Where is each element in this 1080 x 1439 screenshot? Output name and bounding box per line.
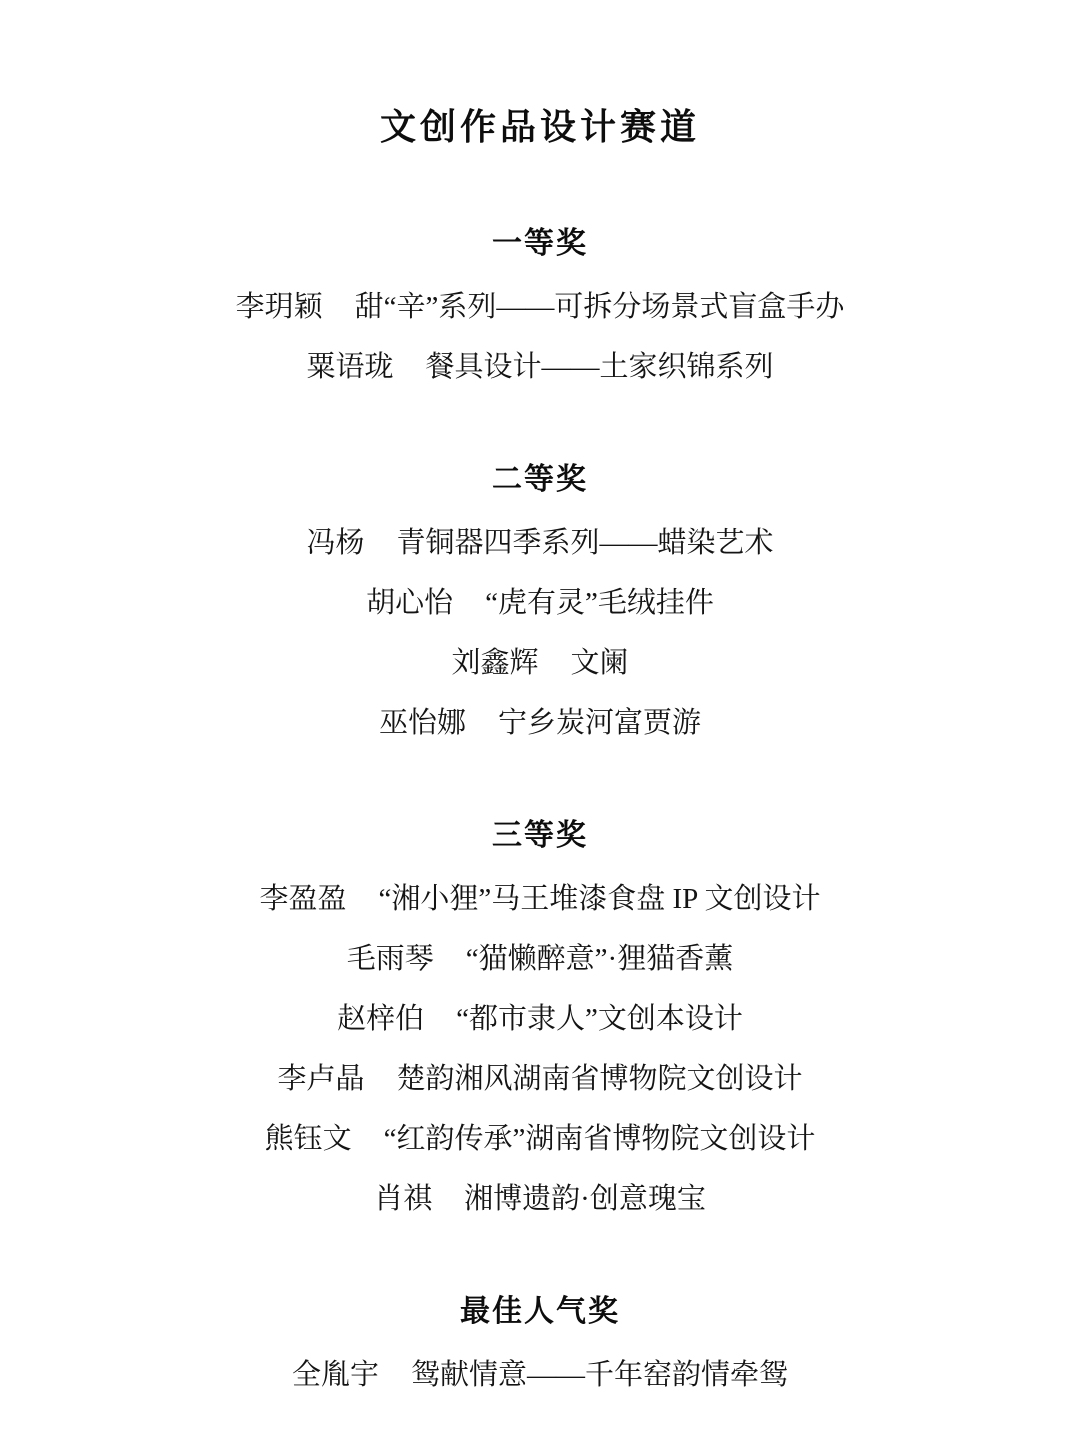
entry-work: 文阑	[571, 640, 629, 681]
award-entry: 胡心怡 “虎有灵”毛绒挂件	[0, 570, 1080, 630]
entry-name: 冯杨	[306, 520, 364, 561]
award-entry: 毛雨琴 “猫懒醉意”·狸猫香薰	[0, 926, 1080, 986]
entry-name: 李卢晶	[277, 1056, 364, 1097]
section-heading: 三等奖	[0, 806, 1080, 866]
award-entry: 李卢晶 楚韵湘风湖南省博物院文创设计	[0, 1046, 1080, 1106]
section-third-prize: 三等奖 李盈盈 “湘小狸”马王堆漆食盘 IP 文创设计 毛雨琴 “猫懒醉意”·狸…	[0, 806, 1080, 1226]
entry-work: “红韵传承”湖南省博物院文创设计	[384, 1116, 816, 1157]
entry-name: 刘鑫辉	[451, 640, 538, 681]
entry-work: “都市隶人”文创本设计	[456, 996, 743, 1037]
section-popularity-prize: 最佳人气奖 全胤宇 鸳献情意——千年窑韵情牵鸳	[0, 1282, 1080, 1402]
entry-name: 巫怡娜	[379, 700, 466, 741]
entry-work: “猫懒醉意”·狸猫香薰	[466, 936, 733, 977]
document-page: 文创作品设计赛道 一等奖 李玥颖 甜“辛”系列——可拆分场景式盲盒手办 粟语珑 …	[0, 0, 1080, 1439]
entry-work: 宁乡炭河富贾游	[498, 700, 701, 741]
section-heading: 一等奖	[0, 214, 1080, 274]
entry-work: “虎有灵”毛绒挂件	[485, 580, 714, 621]
section-second-prize: 二等奖 冯杨 青铜器四季系列——蜡染艺术 胡心怡 “虎有灵”毛绒挂件 刘鑫辉 文…	[0, 450, 1080, 750]
award-entry: 李玥颖 甜“辛”系列——可拆分场景式盲盒手办	[0, 274, 1080, 334]
entry-work: 青铜器四季系列——蜡染艺术	[397, 520, 774, 561]
award-entry: 巫怡娜 宁乡炭河富贾游	[0, 690, 1080, 750]
entry-name: 李盈盈	[260, 876, 347, 917]
award-entry: 全胤宇 鸳献情意——千年窑韵情牵鸳	[0, 1342, 1080, 1402]
entry-name: 粟语珑	[306, 344, 393, 385]
entry-work: “湘小狸”马王堆漆食盘 IP 文创设计	[379, 876, 821, 917]
entry-work: 湘博遗韵·创意瑰宝	[464, 1176, 706, 1217]
section-first-prize: 一等奖 李玥颖 甜“辛”系列——可拆分场景式盲盒手办 粟语珑 餐具设计——土家织…	[0, 214, 1080, 394]
entry-work: 甜“辛”系列——可拆分场景式盲盒手办	[355, 284, 845, 325]
entry-work: 餐具设计——土家织锦系列	[426, 344, 774, 385]
entry-name: 熊钰文	[265, 1116, 352, 1157]
award-entry: 刘鑫辉 文阑	[0, 630, 1080, 690]
award-entry: 冯杨 青铜器四季系列——蜡染艺术	[0, 510, 1080, 570]
award-entry: 肖祺 湘博遗韵·创意瑰宝	[0, 1166, 1080, 1226]
entry-work: 楚韵湘风湖南省博物院文创设计	[397, 1056, 803, 1097]
page-title: 文创作品设计赛道	[0, 96, 1080, 158]
entry-name: 胡心怡	[366, 580, 453, 621]
award-entry: 粟语珑 餐具设计——土家织锦系列	[0, 334, 1080, 394]
award-entry: 熊钰文 “红韵传承”湖南省博物院文创设计	[0, 1106, 1080, 1166]
section-heading: 最佳人气奖	[0, 1282, 1080, 1342]
award-entry: 李盈盈 “湘小狸”马王堆漆食盘 IP 文创设计	[0, 866, 1080, 926]
entry-name: 李玥颖	[236, 284, 323, 325]
section-heading: 二等奖	[0, 450, 1080, 510]
award-entry: 赵梓伯 “都市隶人”文创本设计	[0, 986, 1080, 1046]
entry-name: 肖祺	[374, 1176, 432, 1217]
entry-name: 赵梓伯	[337, 996, 424, 1037]
entry-name: 毛雨琴	[347, 936, 434, 977]
entry-name: 全胤宇	[292, 1352, 379, 1393]
entry-work: 鸳献情意——千年窑韵情牵鸳	[411, 1352, 788, 1393]
